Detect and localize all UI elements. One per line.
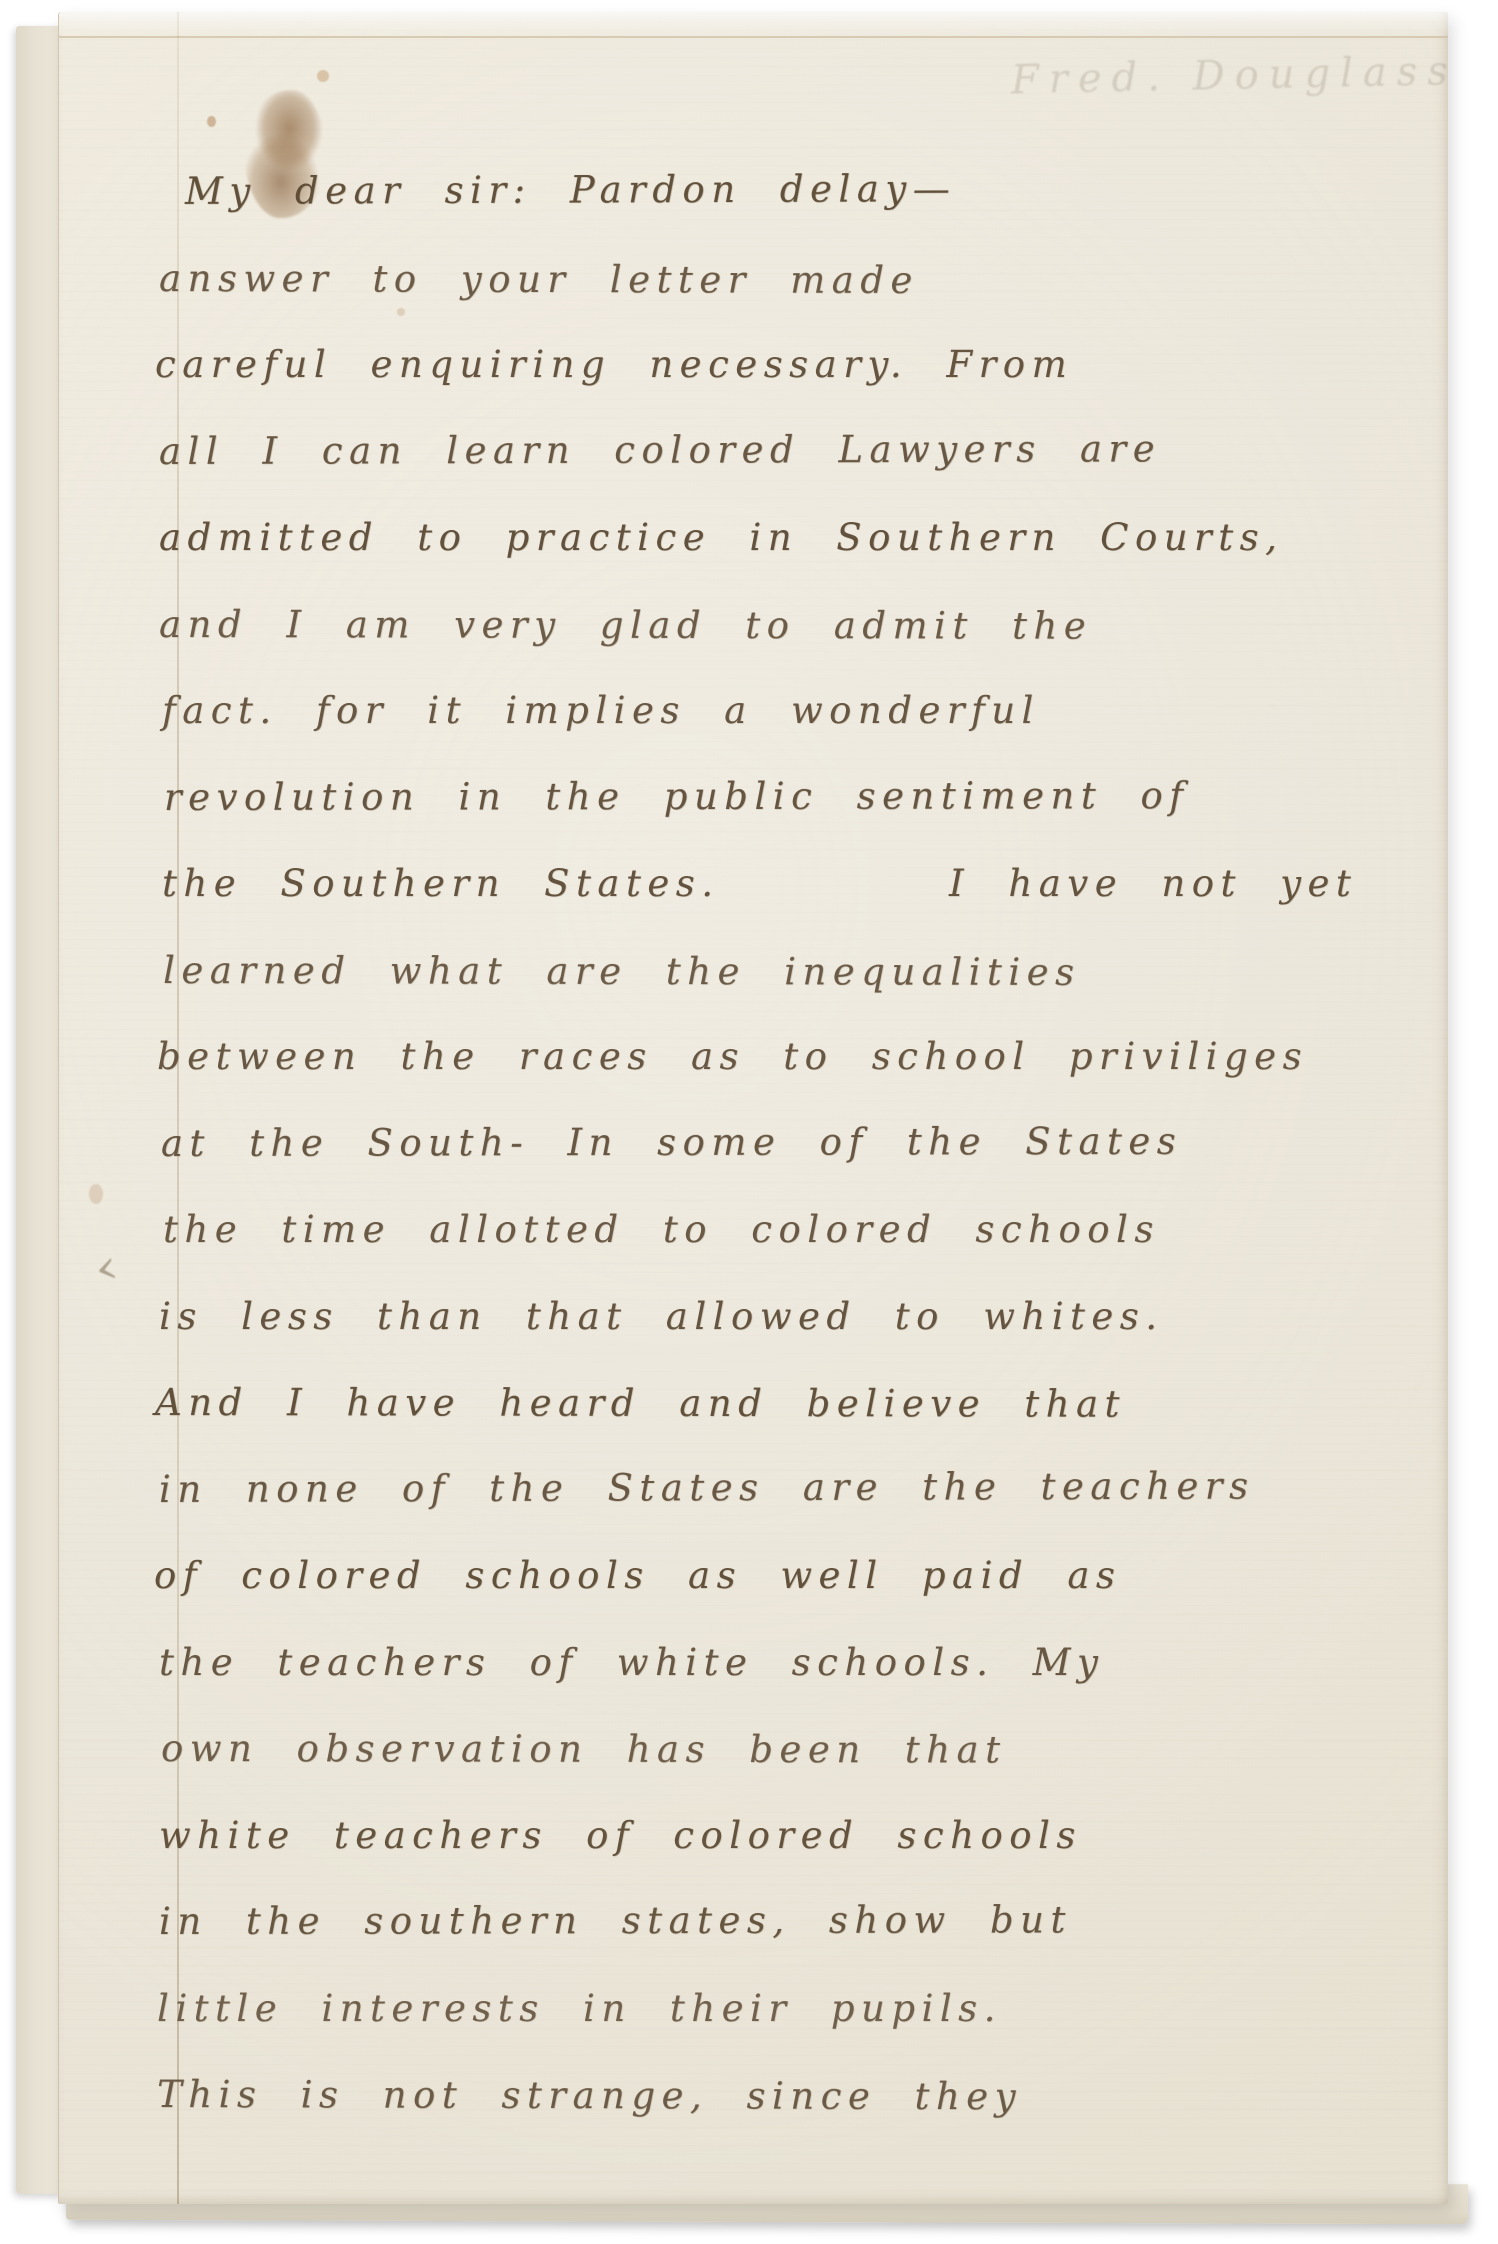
letter-line: the Southern States. I have not yet	[162, 862, 1489, 949]
letter-line: and I am very glad to admit the	[159, 603, 1489, 692]
letter-line: little interests in their pupils.	[157, 1987, 1489, 2074]
letter-line: between the races as to school privilige…	[157, 1035, 1489, 1122]
under-sheet-left-edge	[16, 26, 62, 2194]
letter-line: all I can learn colored Lawyers are	[159, 426, 1489, 516]
letter-line: My dear sir: Pardon delay—	[159, 165, 1489, 256]
letter-line: This is not strange, since they	[157, 2073, 1489, 2163]
letter-line: own observation has been that	[161, 1727, 1489, 1816]
foxing-spot	[317, 70, 329, 82]
letter-line: careful enquiring necessary. From	[155, 343, 1489, 430]
letter-line: the teachers of white schools. My	[159, 1641, 1489, 1728]
faint-pencil-inscription: Fred. Douglass	[1011, 47, 1498, 104]
letter-line: in the southern states, show but	[159, 1898, 1489, 1987]
margin-check-mark: ‹	[89, 1238, 124, 1296]
letter-line: the time allotted to colored schools	[163, 1208, 1489, 1295]
letter-line: admitted to practice in Southern Courts,	[159, 516, 1489, 603]
foxing-spot	[207, 116, 216, 127]
letter-line: at the South- In some of the States	[161, 1119, 1489, 1208]
scanned-letter-scene: Fred. Douglass ‹ My dear sir: Pardon del…	[0, 0, 1498, 2244]
letter-line: And I have heard and believe that	[155, 1381, 1489, 1470]
letter-line: of colored schools as well paid as	[154, 1554, 1489, 1641]
letter-page: Fred. Douglass ‹ My dear sir: Pardon del…	[58, 12, 1448, 2204]
letter-line: in none of the States are the teachers	[159, 1463, 1489, 1554]
letter-line: is less than that allowed to whites.	[159, 1295, 1489, 1382]
letter-text-body: My dear sir: Pardon delay—answer to your…	[159, 170, 1489, 2160]
letter-line: white teachers of colored schools	[159, 1814, 1489, 1901]
letter-line: revolution in the public sentiment of	[164, 773, 1489, 862]
foxing-spot	[89, 1184, 103, 1204]
letter-line: answer to your letter made	[159, 257, 1489, 347]
letter-line: fact. for it implies a wonderful	[162, 689, 1489, 776]
letter-line: learned what are the inequalities	[163, 949, 1489, 1038]
